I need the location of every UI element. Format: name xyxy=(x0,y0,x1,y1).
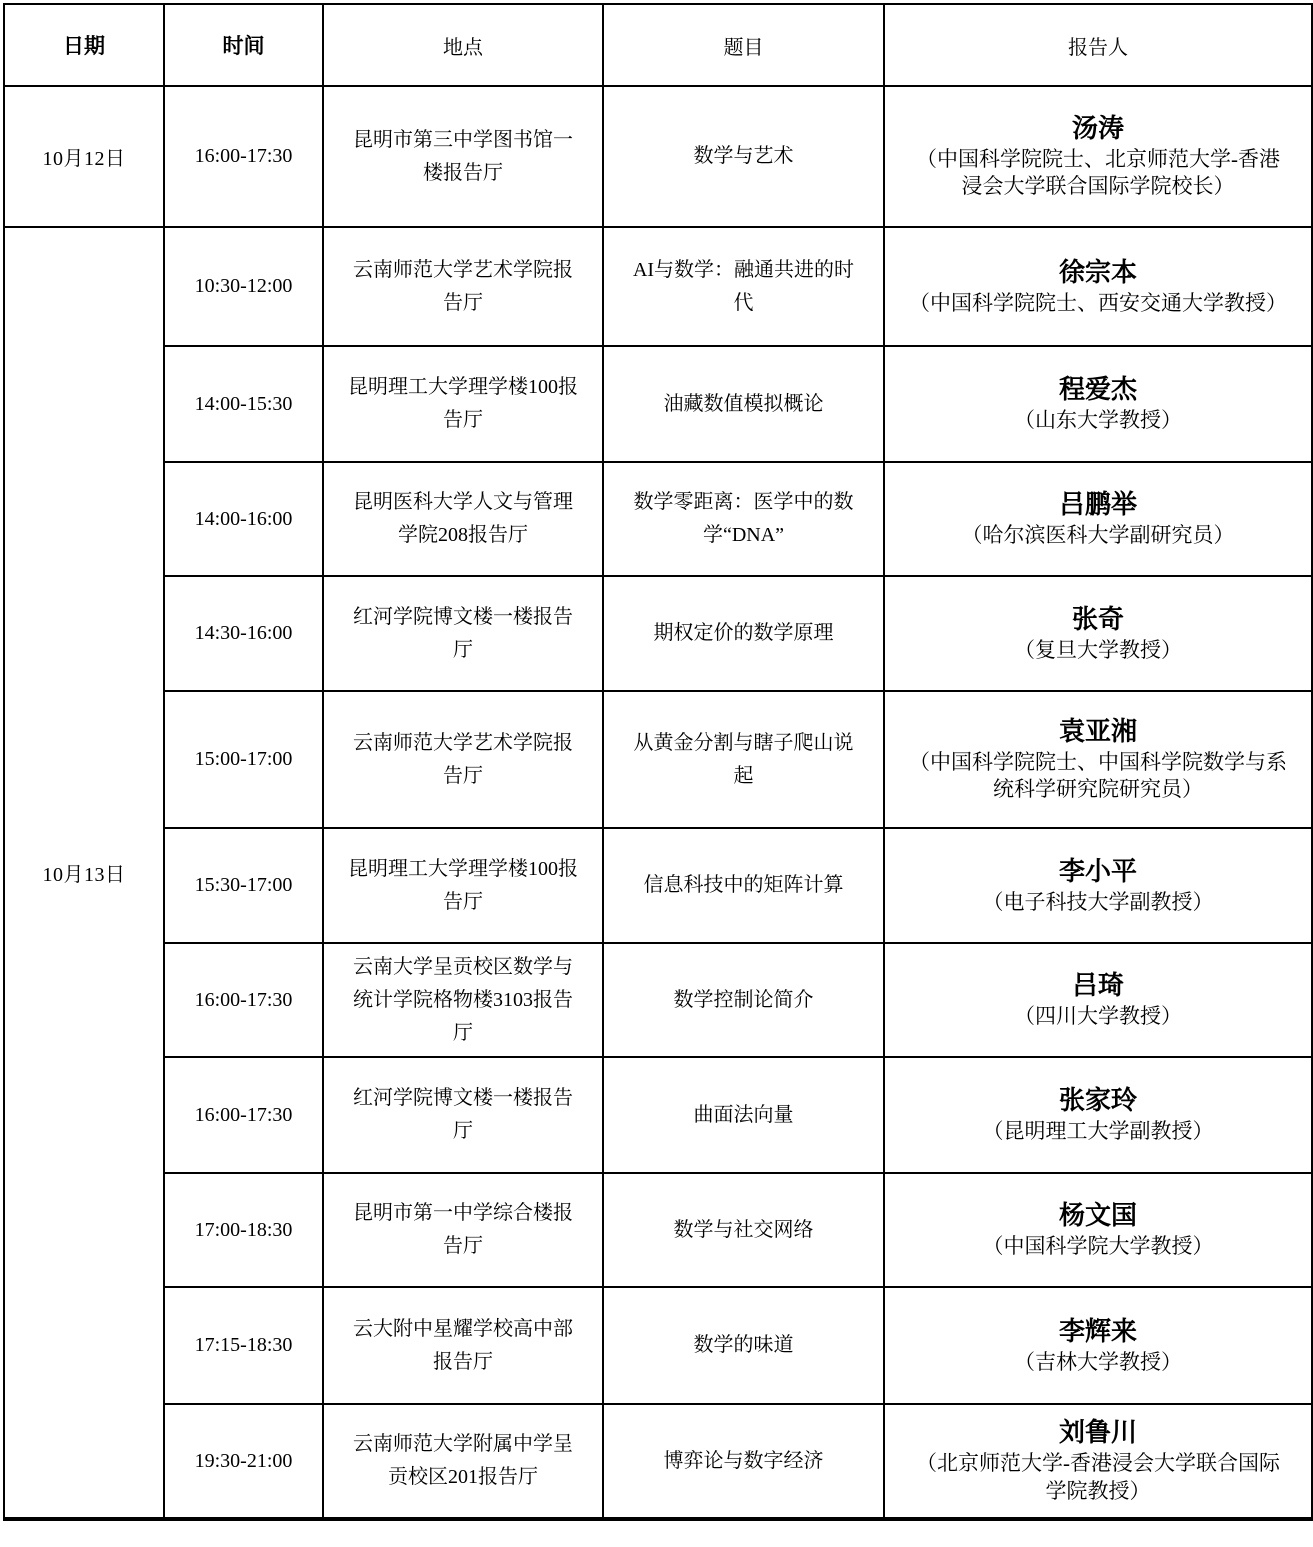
talk-title-cell: 数学零距离：医学中的数学“DNA” xyxy=(603,462,884,576)
table-row: 14:30-16:00 红河学院博文楼一楼报告厅 期权定价的数学原理 张奇 （复… xyxy=(4,576,1312,691)
location-cell: 云南师范大学附属中学呈贡校区201报告厅 xyxy=(323,1404,603,1518)
time-cell: 10:30-12:00 xyxy=(164,227,323,346)
speaker-affiliation: （山东大学教授） xyxy=(909,407,1287,435)
location-cell: 昆明医科大学人文与管理学院208报告厅 xyxy=(323,462,603,576)
table-row: 17:15-18:30 云大附中星耀学校高中部报告厅 数学的味道 李辉来 （吉林… xyxy=(4,1287,1312,1404)
location-cell: 红河学院博文楼一楼报告厅 xyxy=(323,576,603,691)
talk-title-cell: 博弈论与数字经济 xyxy=(603,1404,884,1518)
time-cell: 14:30-16:00 xyxy=(164,576,323,691)
time-cell xyxy=(164,1518,323,1520)
speaker-cell: 徐宗本 （中国科学院院士、西安交通大学教授） xyxy=(884,227,1312,346)
table-row: 17:00-18:30 昆明市第一中学综合楼报告厅 数学与社交网络 杨文国 （中… xyxy=(4,1173,1312,1287)
speaker-name: 李小平 xyxy=(909,855,1287,889)
location-cell: 昆明理工大学理学楼100报告厅 xyxy=(323,346,603,462)
time-cell: 14:00-16:00 xyxy=(164,462,323,576)
location-cell: 昆明市第三中学图书馆一楼报告厅 xyxy=(323,86,603,227)
talk-title-cell: 信息科技中的矩阵计算 xyxy=(603,828,884,943)
talk-title-cell: AI与数学：融通共进的时代 xyxy=(603,227,884,346)
speaker-affiliation: （复旦大学教授） xyxy=(909,637,1287,665)
speaker-cell: 李辉来 （吉林大学教授） xyxy=(884,1287,1312,1404)
speaker-name: 杨文国 xyxy=(909,1199,1287,1233)
table-row: 19:30-21:00 云南师范大学附属中学呈贡校区201报告厅 博弈论与数字经… xyxy=(4,1404,1312,1518)
talk-title-cell: 曲面法向量 xyxy=(603,1057,884,1173)
speaker-name: 李辉来 xyxy=(909,1315,1287,1349)
location-cell: 云南大学呈贡校区数学与统计学院格物楼3103报告厅 xyxy=(323,943,603,1057)
time-cell: 19:30-21:00 xyxy=(164,1404,323,1518)
talk-title-cell: 数学与社交网络 xyxy=(603,1173,884,1287)
time-cell: 17:00-18:30 xyxy=(164,1173,323,1287)
schedule-table: 日期 时间 地点 题目 报告人 10月12日 16:00-17:30 昆明市第三… xyxy=(3,3,1313,1521)
time-cell: 15:00-17:00 xyxy=(164,691,323,828)
location-cell: 云大附中星耀学校高中部报告厅 xyxy=(323,1287,603,1404)
speaker-affiliation: （中国科学院大学教授） xyxy=(909,1233,1287,1261)
talk-title-cell: 数学控制论简介 xyxy=(603,943,884,1057)
table-row: 15:30-17:00 昆明理工大学理学楼100报告厅 信息科技中的矩阵计算 李… xyxy=(4,828,1312,943)
talk-title-cell: 数学的味道 xyxy=(603,1287,884,1404)
talk-title-cell: 油藏数值模拟概论 xyxy=(603,346,884,462)
talk-title-cell: 期权定价的数学原理 xyxy=(603,576,884,691)
speaker-cell: 吕琦 （四川大学教授） xyxy=(884,943,1312,1057)
speaker-affiliation: （北京师范大学-香港浸会大学联合国际学院教授） xyxy=(909,1450,1287,1505)
table-row: 16:00-17:30 云南大学呈贡校区数学与统计学院格物楼3103报告厅 数学… xyxy=(4,943,1312,1057)
speaker-affiliation: （吉林大学教授） xyxy=(909,1349,1287,1377)
table-row: 15:00-17:00 云南师范大学艺术学院报告厅 从黄金分割与瞎子爬山说起 袁… xyxy=(4,691,1312,828)
speaker-cell: 李小平 （电子科技大学副教授） xyxy=(884,828,1312,943)
time-cell: 17:15-18:30 xyxy=(164,1287,323,1404)
date-cell: 10月12日 xyxy=(4,86,164,227)
speaker-cell: 吕鹏举 （哈尔滨医科大学副研究员） xyxy=(884,462,1312,576)
speaker-name: 程爱杰 xyxy=(909,373,1287,407)
speaker-name: 汤涛 xyxy=(909,112,1287,146)
speaker-affiliation: （中国科学院院士、中国科学院数学与系统科学研究院研究员） xyxy=(909,749,1287,804)
speaker-name: 张家玲 xyxy=(909,1084,1287,1118)
location-cell xyxy=(323,1518,603,1520)
talk-title-cell: 数学与艺术 xyxy=(603,86,884,227)
speaker-name: 徐宗本 xyxy=(909,256,1287,290)
header-date: 日期 xyxy=(4,4,164,86)
speaker-cell: 汤涛 （中国科学院院士、北京师范大学-香港浸会大学联合国际学院校长） xyxy=(884,86,1312,227)
speaker-name: 袁亚湘 xyxy=(909,715,1287,749)
time-cell: 16:00-17:30 xyxy=(164,943,323,1057)
speaker-affiliation: （中国科学院院士、西安交通大学教授） xyxy=(909,290,1287,318)
talk-title-cell: 从黄金分割与瞎子爬山说起 xyxy=(603,691,884,828)
speaker-cell: 刘鲁川 （北京师范大学-香港浸会大学联合国际学院教授） xyxy=(884,1404,1312,1518)
location-cell: 昆明市第一中学综合楼报告厅 xyxy=(323,1173,603,1287)
speaker-affiliation: （电子科技大学副教授） xyxy=(909,889,1287,917)
location-cell: 云南师范大学艺术学院报告厅 xyxy=(323,691,603,828)
speaker-cell: 袁亚湘 （中国科学院院士、中国科学院数学与系统科学研究院研究员） xyxy=(884,691,1312,828)
table-row: 10月12日 16:00-17:30 昆明市第三中学图书馆一楼报告厅 数学与艺术… xyxy=(4,86,1312,227)
schedule-page: 日期 时间 地点 题目 报告人 10月12日 16:00-17:30 昆明市第三… xyxy=(0,0,1313,1547)
date-cell: 10月13日 xyxy=(4,227,164,1518)
header-time: 时间 xyxy=(164,4,323,86)
header-location: 地点 xyxy=(323,4,603,86)
speaker-affiliation: （四川大学教授） xyxy=(909,1003,1287,1031)
speaker-name: 刘鲁川 xyxy=(909,1416,1287,1450)
speaker-name: 张奇 xyxy=(909,603,1287,637)
location-cell: 云南师范大学艺术学院报告厅 xyxy=(323,227,603,346)
talk-title-cell xyxy=(603,1518,884,1520)
speaker-affiliation: （哈尔滨医科大学副研究员） xyxy=(909,522,1287,550)
header-speaker: 报告人 xyxy=(884,4,1312,86)
speaker-cell: 杨文国 （中国科学院大学教授） xyxy=(884,1173,1312,1287)
speaker-cell xyxy=(884,1518,1312,1520)
time-cell: 15:30-17:00 xyxy=(164,828,323,943)
speaker-cell: 程爱杰 （山东大学教授） xyxy=(884,346,1312,462)
speaker-affiliation: （昆明理工大学副教授） xyxy=(909,1118,1287,1146)
speaker-cell: 张奇 （复旦大学教授） xyxy=(884,576,1312,691)
speaker-cell: 张家玲 （昆明理工大学副教授） xyxy=(884,1057,1312,1173)
table-row-partial xyxy=(4,1518,1312,1520)
speaker-name: 吕鹏举 xyxy=(909,488,1287,522)
speaker-name: 吕琦 xyxy=(909,969,1287,1003)
time-cell: 14:00-15:30 xyxy=(164,346,323,462)
speaker-affiliation: （中国科学院院士、北京师范大学-香港浸会大学联合国际学院校长） xyxy=(909,146,1287,201)
location-cell: 昆明理工大学理学楼100报告厅 xyxy=(323,828,603,943)
table-row: 10月13日 10:30-12:00 云南师范大学艺术学院报告厅 AI与数学：融… xyxy=(4,227,1312,346)
time-cell: 16:00-17:30 xyxy=(164,1057,323,1173)
location-cell: 红河学院博文楼一楼报告厅 xyxy=(323,1057,603,1173)
header-title: 题目 xyxy=(603,4,884,86)
header-row: 日期 时间 地点 题目 报告人 xyxy=(4,4,1312,86)
table-row: 14:00-15:30 昆明理工大学理学楼100报告厅 油藏数值模拟概论 程爱杰… xyxy=(4,346,1312,462)
date-cell xyxy=(4,1518,164,1520)
time-cell: 16:00-17:30 xyxy=(164,86,323,227)
table-row: 14:00-16:00 昆明医科大学人文与管理学院208报告厅 数学零距离：医学… xyxy=(4,462,1312,576)
table-row: 16:00-17:30 红河学院博文楼一楼报告厅 曲面法向量 张家玲 （昆明理工… xyxy=(4,1057,1312,1173)
